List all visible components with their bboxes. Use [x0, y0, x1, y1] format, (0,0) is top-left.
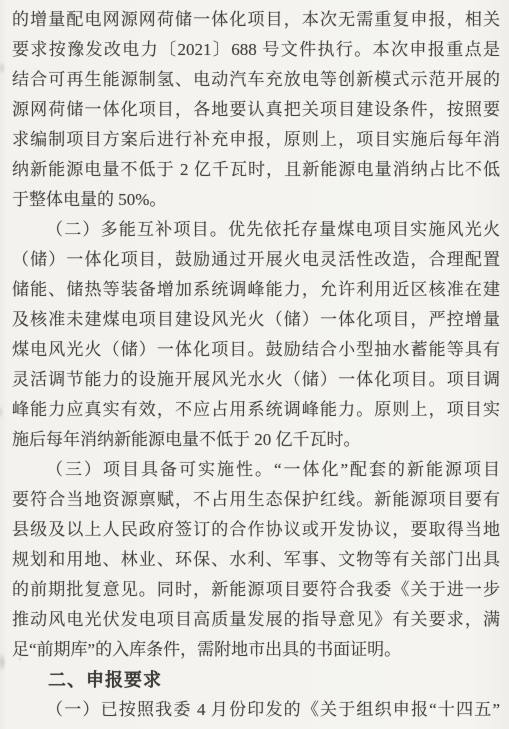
- text-line: 煤电风光火（储）一体化项目。鼓励结合小型抽水蓄能等具有: [12, 335, 500, 365]
- text-line: 足“前期库”的入库条件，需附地市出具的书面证明。: [12, 635, 500, 665]
- text-line: 县级及以上人民政府签订的合作协议或开发协议，要取得当地: [12, 515, 500, 545]
- text-line: 要求按豫发改电力〔2021〕688 号文件执行。本次申报重点是: [12, 35, 500, 65]
- text-line: （储）一体化项目，鼓励通过开展火电灵活性改造，合理配置: [12, 245, 500, 275]
- text-line: 规划和用地、林业、环保、水利、军事、文物等有关部门出具: [12, 545, 500, 575]
- text-line: 施后每年消纳新能源电量不低于 20 亿千瓦时。: [12, 425, 500, 455]
- text-line: 纳新能源电量不低于 2 亿千瓦时，且新能源电量消纳占比不低: [12, 155, 500, 185]
- text-line: （一）已按照我委 4 月份印发的《关于组织申报“十四五”: [12, 695, 500, 725]
- document-body: 的增量配电网源网荷储一体化项目，本次无需重复申报，相关要求按豫发改电力〔2021…: [12, 5, 500, 725]
- text-line: 要符合当地资源禀赋，不占用生态保护红线。新能源项目要有: [12, 485, 500, 515]
- text-line: 源网荷储一体化项目，各地要认真把关项目建设条件，按照要: [12, 95, 500, 125]
- section-heading: 二、申报要求: [12, 665, 500, 695]
- document-page: 的增量配电网源网荷储一体化项目，本次无需重复申报，相关要求按豫发改电力〔2021…: [0, 0, 509, 729]
- text-line: 储能、储热等装备增加系统调峰能力，允许利用近区核准在建: [12, 275, 500, 305]
- text-line: 的前期批复意见。同时，新能源项目要符合我委《关于进一步: [12, 575, 500, 605]
- text-line: 结合可再生能源制氢、电动汽车充放电等创新模式示范开展的: [12, 65, 500, 95]
- text-line: 的增量配电网源网荷储一体化项目，本次无需重复申报，相关: [12, 5, 500, 35]
- text-line: 推动风电光伏发电项目高质量发展的指导意见》有关要求，满: [12, 605, 500, 635]
- text-line: 于整体电量的 50%。: [12, 185, 500, 215]
- text-line: （三）项目具备可实施性。“一体化”配套的新能源项目: [12, 455, 500, 485]
- text-line: 及核准未建煤电项目建设风光火（储）一体化项目，严控增量: [12, 305, 500, 335]
- text-line: 求编制项目方案后进行补充申报，原则上，项目实施后每年消: [12, 125, 500, 155]
- text-line: 灵活调节能力的设施开展风光水火（储）一体化项目。项目调: [12, 365, 500, 395]
- text-line: （二）多能互补项目。优先依托存量煤电项目实施风光火: [12, 215, 500, 245]
- text-line: 峰能力应真实有效，不应占用系统调峰能力。原则上，项目实: [12, 395, 500, 425]
